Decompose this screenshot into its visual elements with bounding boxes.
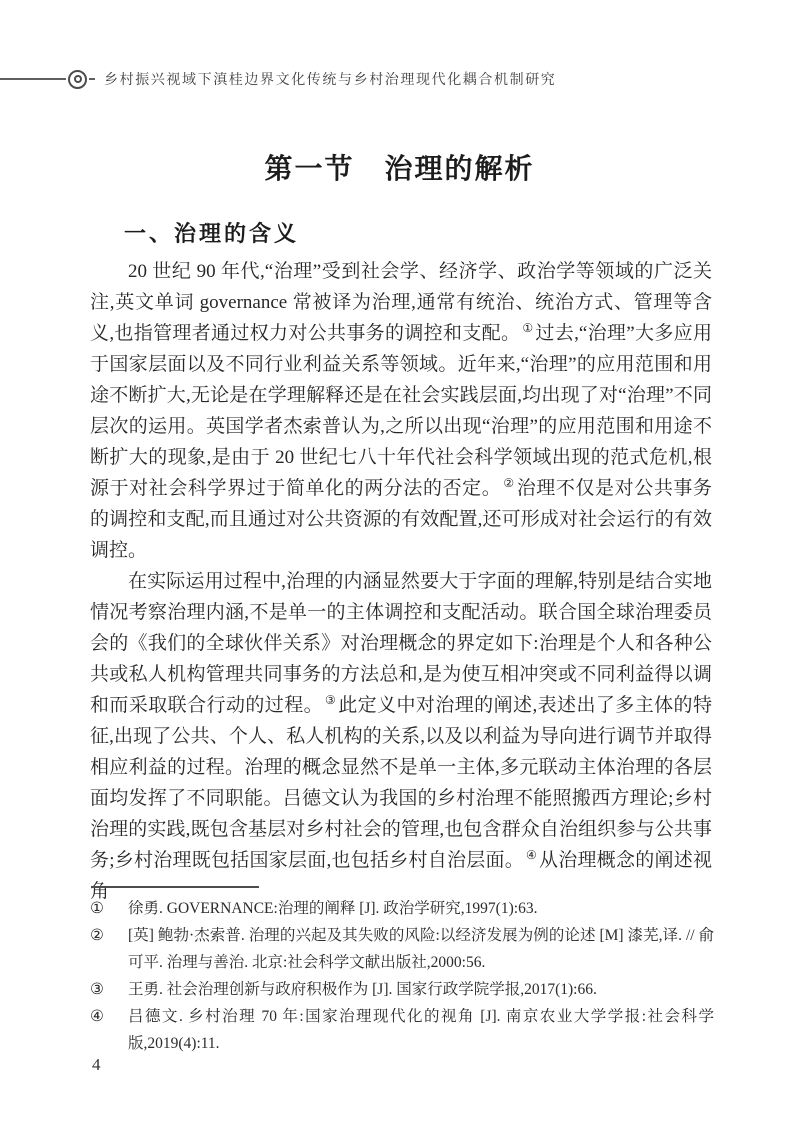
footnote-text-4: 吕德文. 乡村治理 70 年:国家治理现代化的视角 [J]. 南京农业大学学报:… [128, 1008, 714, 1052]
footnote-text-2: [英] 鲍勃·杰索普. 治理的兴起及其失败的风险:以经济发展为例的论述 [M] … [128, 927, 714, 971]
footnote-text-1: 徐勇. GOVERNANCE:治理的阐释 [J]. 政治学研究,1997(1):… [128, 900, 537, 917]
footnote-separator [91, 886, 259, 888]
paragraph-1: 20 世纪 90 年代,“治理”受到社会学、经济学、政治学等领域的广泛关注,英文… [90, 256, 712, 566]
double-circle-icon-inner [74, 75, 82, 83]
footnote-marker-2: ② [90, 922, 104, 949]
footnote-ref-1: ① [520, 321, 535, 335]
page-number: 4 [92, 1055, 101, 1075]
running-title: 乡村振兴视域下滇桂边界文化传统与乡村治理现代化耦合机制研究 [104, 69, 556, 89]
footnote-item-1: ①徐勇. GOVERNANCE:治理的阐释 [J]. 政治学研究,1997(1)… [90, 895, 714, 922]
book-page: 乡村振兴视域下滇桂边界文化传统与乡村治理现代化耦合机制研究 第一节 治理的解析 … [0, 0, 799, 1129]
footnote-item-3: ③王勇. 社会治理创新与政府积极作为 [J]. 国家行政学院学报,2017(1)… [90, 976, 714, 1003]
footnotes-list: ①徐勇. GOVERNANCE:治理的阐释 [J]. 政治学研究,1997(1)… [90, 895, 714, 1057]
footnote-ref-4: ④ [524, 848, 539, 862]
footnote-ref-2: ② [501, 476, 516, 490]
subsection-heading: 一、治理的含义 [124, 217, 299, 248]
double-circle-icon [68, 70, 87, 89]
header-rule [0, 78, 66, 80]
body-text: 20 世纪 90 年代,“治理”受到社会学、经济学、政治学等领域的广泛关注,英文… [90, 256, 712, 907]
paragraph-2-text-2: 此定义中对治理的阐述,表述出了多主体的特征,出现了公共、个人、私人机构的关系,以… [90, 695, 712, 871]
paragraph-2: 在实际运用过程中,治理的内涵显然要大于字面的理解,特别是结合实地情况考察治理内涵… [90, 566, 712, 907]
footnote-ref-3: ③ [323, 693, 338, 707]
footnote-marker-1: ① [90, 895, 104, 922]
running-header: 乡村振兴视域下滇桂边界文化传统与乡村治理现代化耦合机制研究 [0, 69, 556, 89]
footnote-item-2: ②[英] 鲍勃·杰索普. 治理的兴起及其失败的风险:以经济发展为例的论述 [M]… [90, 922, 714, 976]
footnote-item-4: ④吕德文. 乡村治理 70 年:国家治理现代化的视角 [J]. 南京农业大学学报… [90, 1003, 714, 1057]
paragraph-1-text-2: 过去,“治理”大多应用于国家层面以及不同行业利益关系等领域。近年来,“治理”的应… [90, 323, 712, 499]
footnote-marker-3: ③ [90, 976, 104, 1003]
footnote-text-3: 王勇. 社会治理创新与政府积极作为 [J]. 国家行政学院学报,2017(1):… [128, 981, 597, 998]
section-title: 第一节 治理的解析 [0, 147, 799, 187]
footnote-marker-4: ④ [90, 1003, 104, 1030]
header-rule-stub [89, 78, 95, 80]
